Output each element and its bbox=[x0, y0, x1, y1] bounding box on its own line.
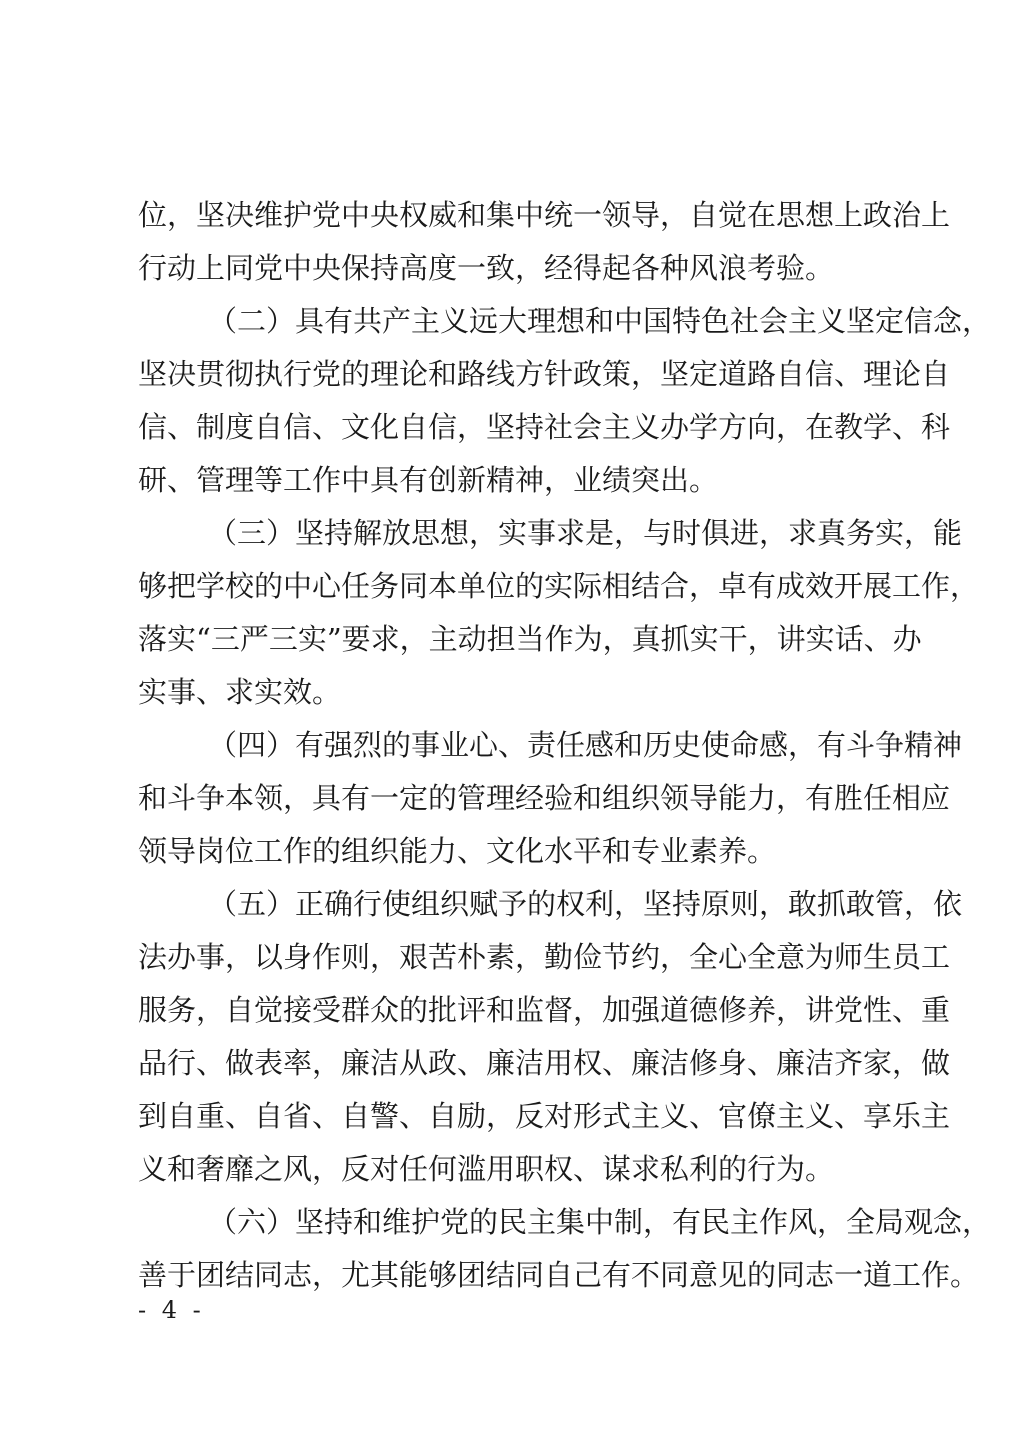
paragraph-line: 法办事，以身作则，艰苦朴素，勤俭节约，全心全意为师生员工 bbox=[138, 937, 896, 977]
section-5-heading-line: （五）正确行使组织赋予的权利，坚持原则，敢抓敢管，依 bbox=[208, 884, 896, 924]
paragraph-line: 义和奢靡之风，反对任何滥用职权、谋求私利的行为。 bbox=[138, 1149, 896, 1189]
paragraph-line: 品行、做表率，廉洁从政、廉洁用权、廉洁修身、廉洁齐家，做 bbox=[138, 1043, 896, 1083]
section-3-heading-line: （三）坚持解放思想，实事求是，与时俱进，求真务实，能 bbox=[208, 513, 896, 553]
paragraph-line: 和斗争本领，具有一定的管理经验和组织领导能力，有胜任相应 bbox=[138, 778, 896, 818]
paragraph-line: 行动上同党中央保持高度一致，经得起各种风浪考验。 bbox=[138, 248, 896, 288]
paragraph-line: 信、制度自信、文化自信，坚持社会主义办学方向，在教学、科 bbox=[138, 407, 896, 447]
paragraph-line: 研、管理等工作中具有创新精神，业绩突出。 bbox=[138, 460, 896, 500]
section-4-heading-line: （四）有强烈的事业心、责任感和历史使命感，有斗争精神 bbox=[208, 725, 896, 765]
paragraph-line: 实事、求实效。 bbox=[138, 672, 896, 712]
paragraph-line: 够把学校的中心任务同本单位的实际相结合，卓有成效开展工作， bbox=[138, 566, 896, 606]
paragraph-line: 坚决贯彻执行党的理论和路线方针政策，坚定道路自信、理论自 bbox=[138, 354, 896, 394]
document-page: 位，坚决维护党中央权威和集中统一领导，自觉在思想上政治上 行动上同党中央保持高度… bbox=[0, 0, 1024, 1448]
paragraph-line: 领导岗位工作的组织能力、文化水平和专业素养。 bbox=[138, 831, 896, 871]
section-2-heading-line: （二）具有共产主义远大理想和中国特色社会主义坚定信念， bbox=[208, 301, 896, 341]
paragraph-line: 服务，自觉接受群众的批评和监督，加强道德修养，讲党性、重 bbox=[138, 990, 896, 1030]
paragraph-line: 落实“三严三实”要求，主动担当作为，真抓实干，讲实话、办 bbox=[138, 619, 896, 659]
paragraph-line: 到自重、自省、自警、自励，反对形式主义、官僚主义、享乐主 bbox=[138, 1096, 896, 1136]
paragraph-line: 位，坚决维护党中央权威和集中统一领导，自觉在思想上政治上 bbox=[138, 195, 896, 235]
section-6-heading-line: （六）坚持和维护党的民主集中制，有民主作风，全局观念， bbox=[208, 1202, 896, 1242]
paragraph-line: 善于团结同志，尤其能够团结同自己有不同意见的同志一道工作。 bbox=[138, 1255, 896, 1295]
page-number: - 4 - bbox=[138, 1296, 205, 1324]
